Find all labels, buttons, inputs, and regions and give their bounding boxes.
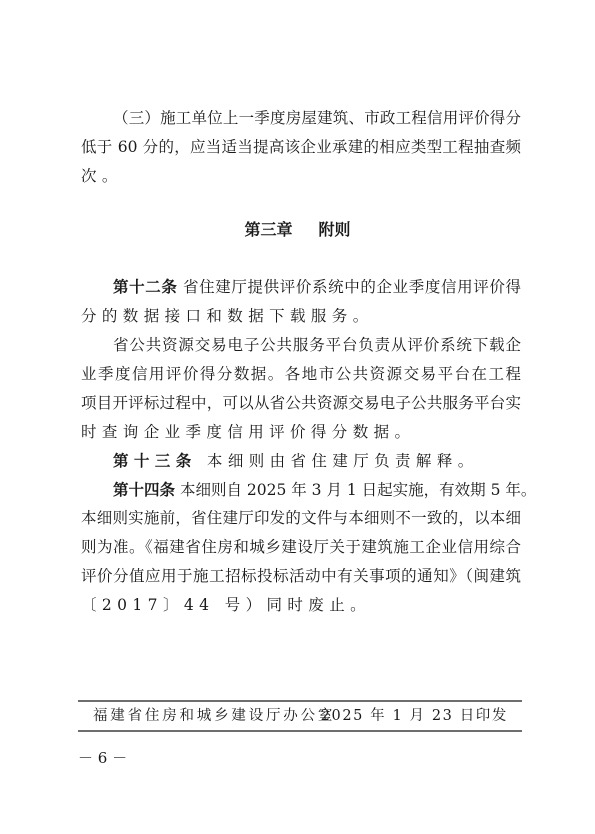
article-12-line-2: 分的数据接口和数据下载服务。 bbox=[81, 302, 521, 331]
clause-3-line-3: 次。 bbox=[81, 162, 521, 191]
platform-line-2: 业季度信用评价得分数据。各地市公共资源交易平台在工程 bbox=[81, 360, 521, 389]
article-14-line-4: 评价分值应用于施工招标投标活动中有关事项的通知》（闽建筑 bbox=[81, 562, 521, 591]
article-14-label: 第十四条 bbox=[113, 481, 175, 499]
article-12-line-1: 第十二条 省住建厅提供评价系统中的企业季度信用评价得 bbox=[113, 273, 521, 302]
article-14-line-2: 本细则实施前，省住建厅印发的文件与本细则不一致的，以本细 bbox=[81, 504, 521, 533]
issuance-row: 福建省住房和城乡建设厅办公室 2025 年 1 月 23 日印发 bbox=[93, 702, 508, 730]
clause-3-line-1: （三）施工单位上一季度房屋建筑、市政工程信用评价得分 bbox=[113, 104, 521, 133]
chapter-title: 第三章附则 bbox=[0, 215, 595, 244]
chapter-number: 第三章 bbox=[244, 220, 292, 239]
article-14-line-5: 〔2017〕44 号）同时废止。 bbox=[81, 591, 521, 620]
article-12-label: 第十二条 bbox=[113, 278, 178, 296]
article-14-line-3: 则为准。《福建省住房和城乡建设厅关于建筑施工企业信用综合 bbox=[81, 533, 521, 562]
chapter-name: 附则 bbox=[319, 220, 351, 239]
clause-3-line-2: 低于 60 分的，应当适当提高该企业承建的相应类型工程抽查频 bbox=[81, 133, 521, 162]
article-13-text: 本细则由省住建厅负责解释。 bbox=[197, 452, 479, 470]
article-12-text: 省住建厅提供评价系统中的企业季度信用评价得 bbox=[178, 278, 522, 296]
issuer-name: 福建省住房和城乡建设厅办公室 bbox=[93, 702, 335, 730]
page-number: － 6 － bbox=[78, 748, 127, 768]
article-13-label: 第十三条 bbox=[113, 452, 197, 470]
article-14-line-1: 第十四条 本细则自 2025 年 3 月 1 日起实施，有效期 5 年。 bbox=[113, 476, 521, 505]
platform-line-3: 项目开评标过程中，可以从省公共资源交易电子公共服务平台实 bbox=[81, 389, 521, 418]
platform-line-4: 时查询企业季度信用评价得分数据。 bbox=[81, 418, 521, 447]
footer-bottom-rule bbox=[78, 730, 522, 732]
article-14-text: 本细则自 2025 年 3 月 1 日起实施，有效期 5 年。 bbox=[175, 481, 536, 499]
article-13-line: 第十三条 本细则由省住建厅负责解释。 bbox=[113, 447, 521, 476]
platform-line-1: 省公共资源交易电子公共服务平台负责从评价系统下载企 bbox=[113, 331, 521, 360]
issue-date: 2025 年 1 月 23 日印发 bbox=[321, 702, 508, 730]
